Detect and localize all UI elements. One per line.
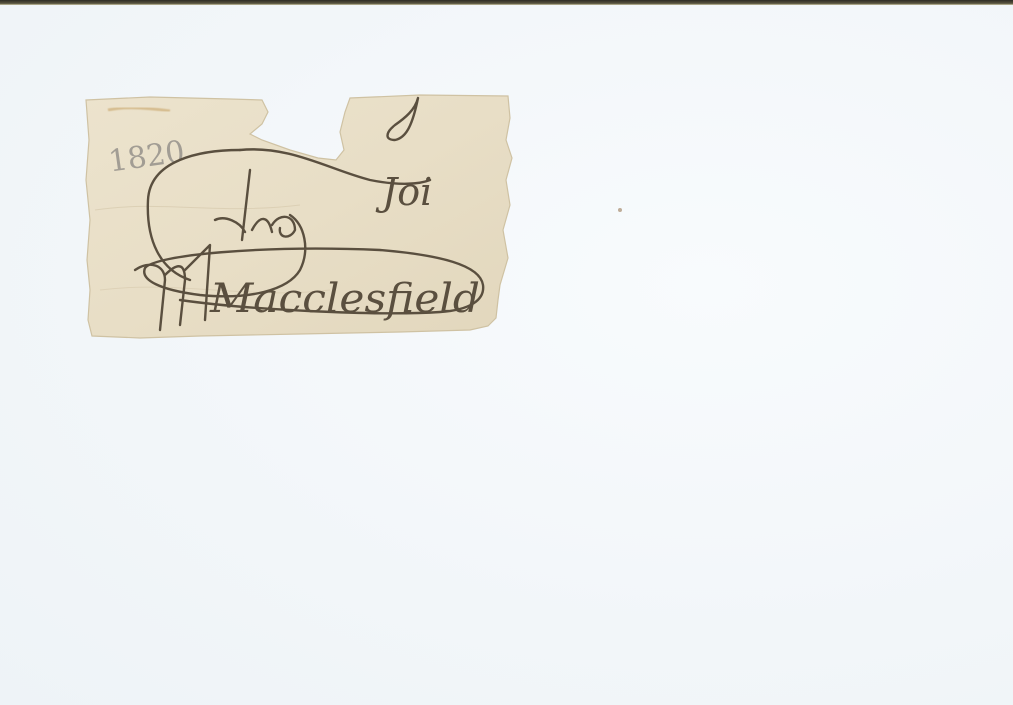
paper-fragment: 1820 Joi Macclesfield Jno	[0, 0, 1013, 705]
top-right-text: Joi	[375, 170, 432, 214]
signature-surname: Macclesfield	[209, 276, 480, 322]
